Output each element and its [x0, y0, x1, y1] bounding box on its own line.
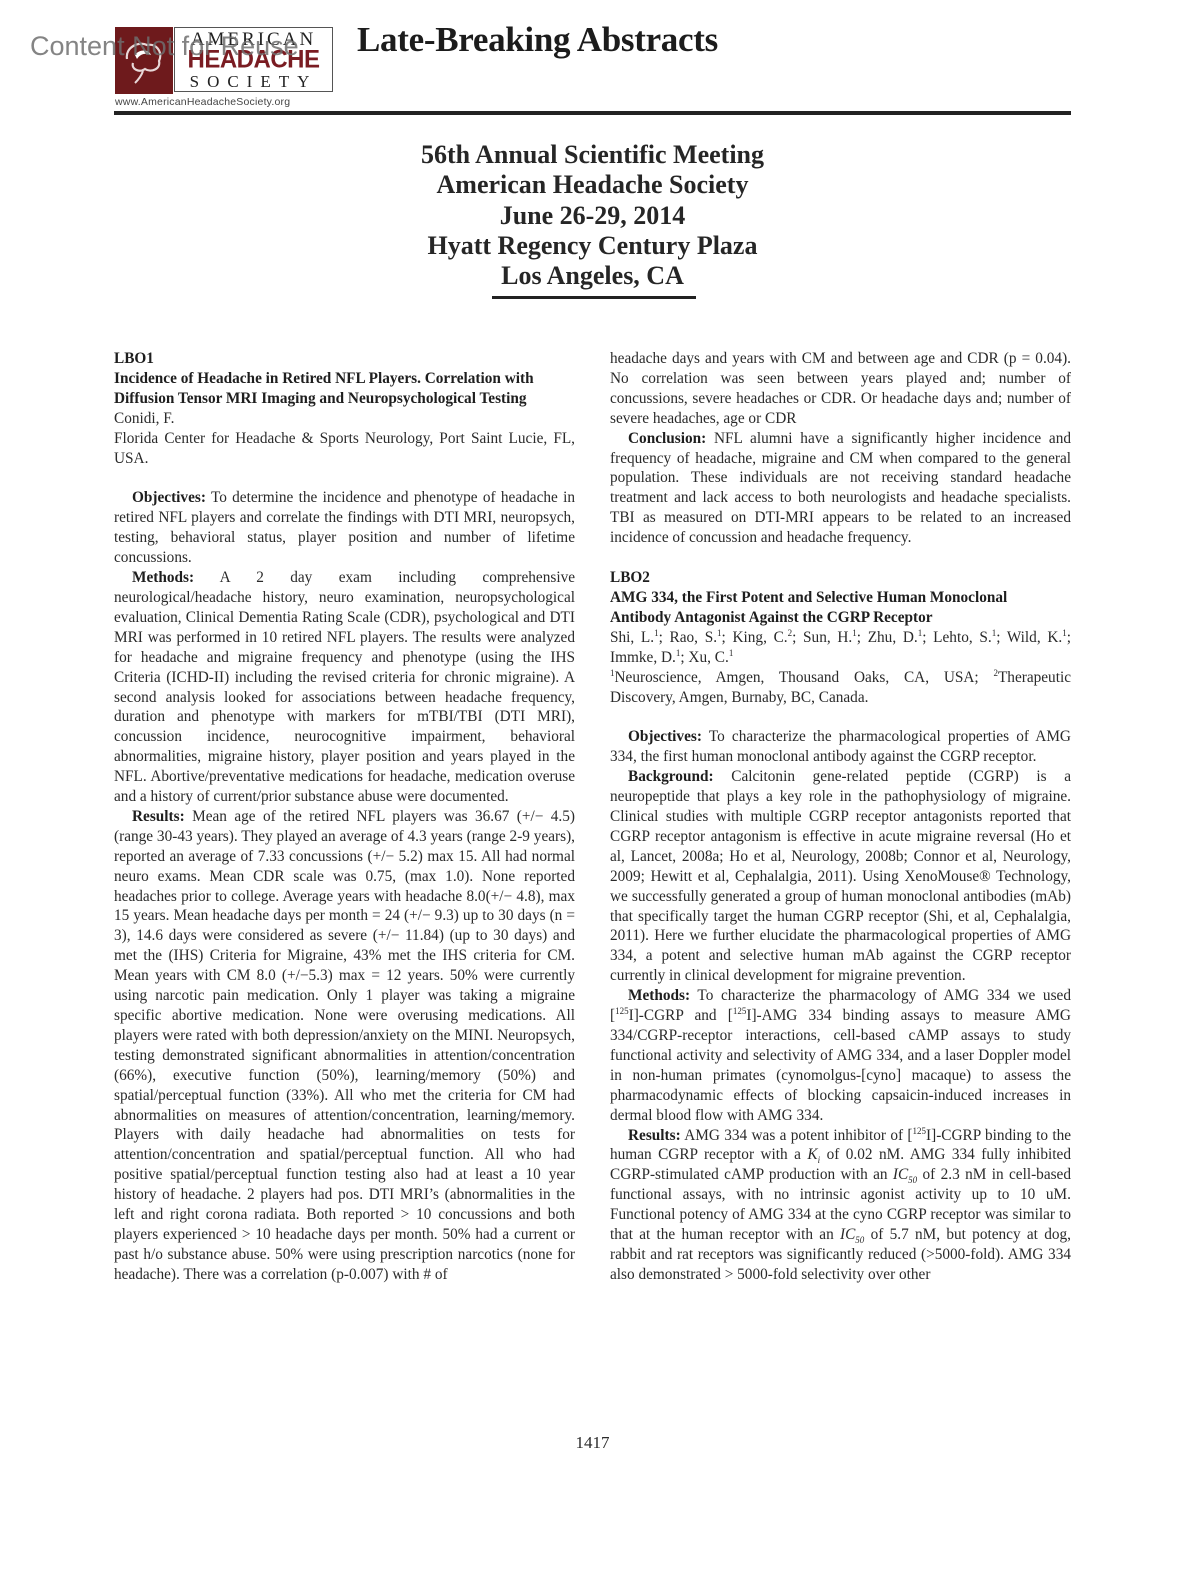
author: ; Xu, C.: [680, 649, 728, 666]
author: ; Lehto, S.: [922, 629, 991, 646]
abstract-affiliation: Florida Center for Headache & Sports Neu…: [114, 429, 575, 469]
meeting-rule: [492, 296, 696, 299]
background-paragraph: Background: Calcitonin gene-related pept…: [610, 767, 1071, 986]
ic-subscript: 50: [855, 1235, 864, 1245]
logo-line-headache: HEADACHE: [175, 45, 332, 74]
author: ; King, C.: [722, 629, 788, 646]
abstract-authors: Conidi, F.: [114, 409, 575, 429]
author: ; Sun, H.: [792, 629, 852, 646]
column-left: LBO1 Incidence of Headache in Retired NF…: [114, 349, 575, 1285]
results-text: Mean age of the retired NFL players was …: [114, 808, 575, 1283]
methods-text: A 2 day exam including comprehensive neu…: [114, 569, 575, 805]
background-label: Background:: [628, 768, 714, 785]
society-logo: AMERICAN HEADACHE SOCIETY: [115, 27, 335, 95]
author: ; Zhu, D.: [857, 629, 918, 646]
results-text: AMG 334 was a potent inhibitor of [: [684, 1127, 912, 1144]
objectives-label: Objectives:: [132, 489, 206, 506]
ic-symbol: IC: [893, 1166, 908, 1183]
methods-text: I]-CGRP and [: [629, 1007, 733, 1024]
objectives-paragraph: Objectives: To characterize the pharmaco…: [610, 727, 1071, 767]
meeting-society: American Headache Society: [0, 170, 1185, 200]
header-rule: [114, 111, 1071, 115]
results-continued: headache days and years with CM and betw…: [610, 349, 1071, 429]
meeting-info: 56th Annual Scientific Meeting American …: [0, 140, 1185, 291]
isotope-mark: 125: [733, 1006, 747, 1016]
conclusion-label: Conclusion:: [628, 430, 706, 447]
isotope-mark: 125: [913, 1125, 927, 1135]
meeting-venue: Hyatt Regency Century Plaza: [0, 231, 1185, 261]
abstract-id: LBO1: [114, 349, 575, 369]
abstract-authors: Shi, L.1; Rao, S.1; King, C.2; Sun, H.1;…: [610, 628, 1071, 668]
abstract-affiliation: 1Neuroscience, Amgen, Thousand Oaks, CA,…: [610, 668, 1071, 708]
logo-wordmark: AMERICAN HEADACHE SOCIETY: [174, 27, 333, 92]
methods-label: Methods:: [132, 569, 194, 586]
section-title: Late-Breaking Abstracts: [357, 20, 718, 60]
results-label: Results:: [132, 808, 185, 825]
author: ; Rao, S.: [659, 629, 717, 646]
results-paragraph: Results: AMG 334 was a potent inhibitor …: [610, 1126, 1071, 1285]
results-label: Results:: [628, 1127, 681, 1144]
meeting-name: 56th Annual Scientific Meeting: [0, 140, 1185, 170]
meeting-dates: June 26-29, 2014: [0, 201, 1185, 231]
brain-icon: [115, 27, 173, 94]
methods-paragraph: Methods: To characterize the pharmacolog…: [610, 986, 1071, 1125]
column-right: headache days and years with CM and betw…: [610, 349, 1071, 1285]
affil-mark: 1: [729, 648, 734, 658]
meeting-city: Los Angeles, CA: [0, 261, 1185, 291]
logo-line-society: SOCIETY: [175, 72, 332, 92]
ic-subscript: 50: [908, 1175, 917, 1185]
isotope-mark: 125: [615, 1006, 629, 1016]
abstract-id: LBO2: [610, 568, 1071, 588]
affiliation-text: Neuroscience, Amgen, Thousand Oaks, CA, …: [615, 669, 994, 686]
abstract-title: Incidence of Headache in Retired NFL Pla…: [114, 369, 575, 409]
author: Shi, L.: [610, 629, 654, 646]
ki-symbol: K: [807, 1146, 817, 1163]
ic-symbol: IC: [840, 1226, 855, 1243]
objectives-paragraph: Objectives: To determine the incidence a…: [114, 488, 575, 568]
results-paragraph: Results: Mean age of the retired NFL pla…: [114, 807, 575, 1285]
methods-text: I]-AMG 334 binding assays to measure AMG…: [610, 1007, 1071, 1124]
methods-paragraph: Methods: A 2 day exam including comprehe…: [114, 568, 575, 807]
society-url: www.AmericanHeadacheSociety.org: [115, 96, 290, 108]
methods-label: Methods:: [628, 987, 690, 1004]
author: ; Wild, K.: [996, 629, 1062, 646]
conclusion-text: NFL alumni have a significantly higher i…: [610, 430, 1071, 547]
background-text: Calcitonin gene-related peptide (CGRP) i…: [610, 768, 1071, 984]
objectives-label: Objectives:: [628, 728, 702, 745]
conclusion-paragraph: Conclusion: NFL alumni have a significan…: [610, 429, 1071, 548]
page-number: 1417: [0, 1433, 1185, 1453]
abstract-title: AMG 334, the First Potent and Selective …: [610, 588, 1071, 628]
